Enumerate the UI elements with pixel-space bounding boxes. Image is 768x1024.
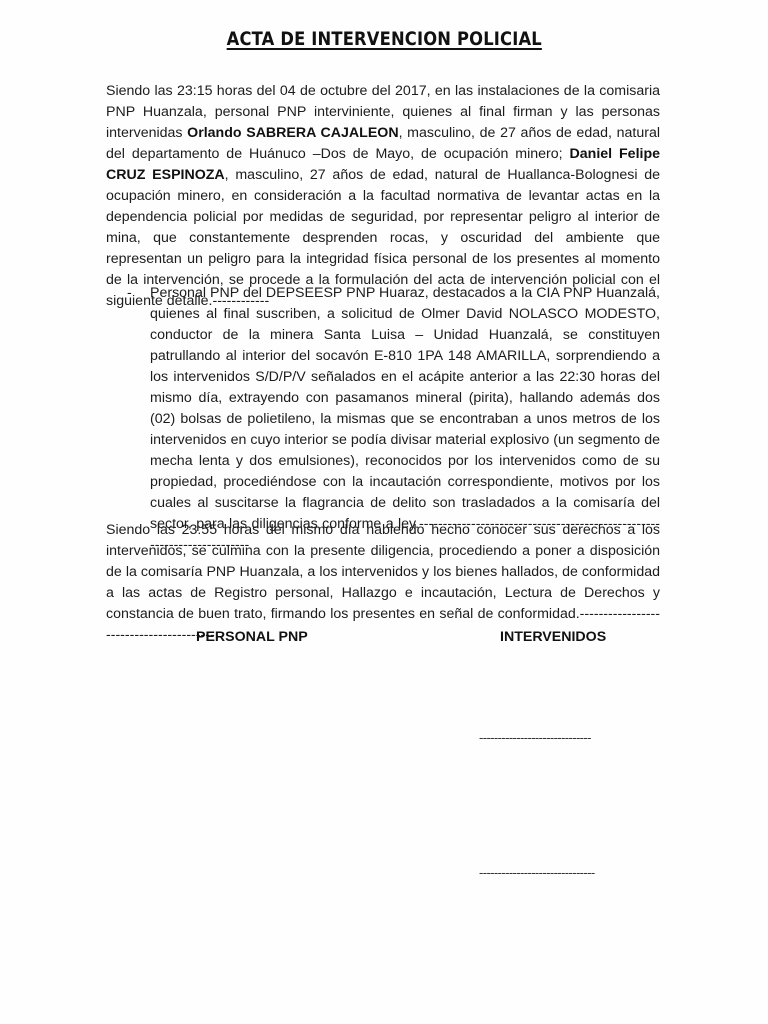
bullet-text: Personal PNP del DEPSEESP PNP Huaraz, de… <box>150 283 660 556</box>
signature-area-personal-pnp <box>106 660 406 990</box>
opening-paragraph: Siendo las 23:15 horas del 04 de octubre… <box>106 81 660 312</box>
title-text: ACTA DE INTERVENCION POLICIAL <box>226 28 541 50</box>
document-page: ACTA DE INTERVENCION POLICIAL Siendo las… <box>0 0 768 1024</box>
signature-line-1: ------------------------------ <box>479 730 591 745</box>
closing-paragraph: Siendo las 23:55 horas del mismo día hab… <box>106 520 660 646</box>
signature-heading-intervenidos: INTERVENIDOS <box>500 629 606 645</box>
signature-heading-personal-pnp: PERSONAL PNP <box>196 629 308 645</box>
bullet-marker: - <box>127 283 132 304</box>
signature-line-2: ------------------------------- <box>479 865 595 880</box>
document-title: ACTA DE INTERVENCION POLICIAL <box>0 28 768 50</box>
intervened-name-1: Orlando SABRERA CAJALEON <box>187 125 398 141</box>
